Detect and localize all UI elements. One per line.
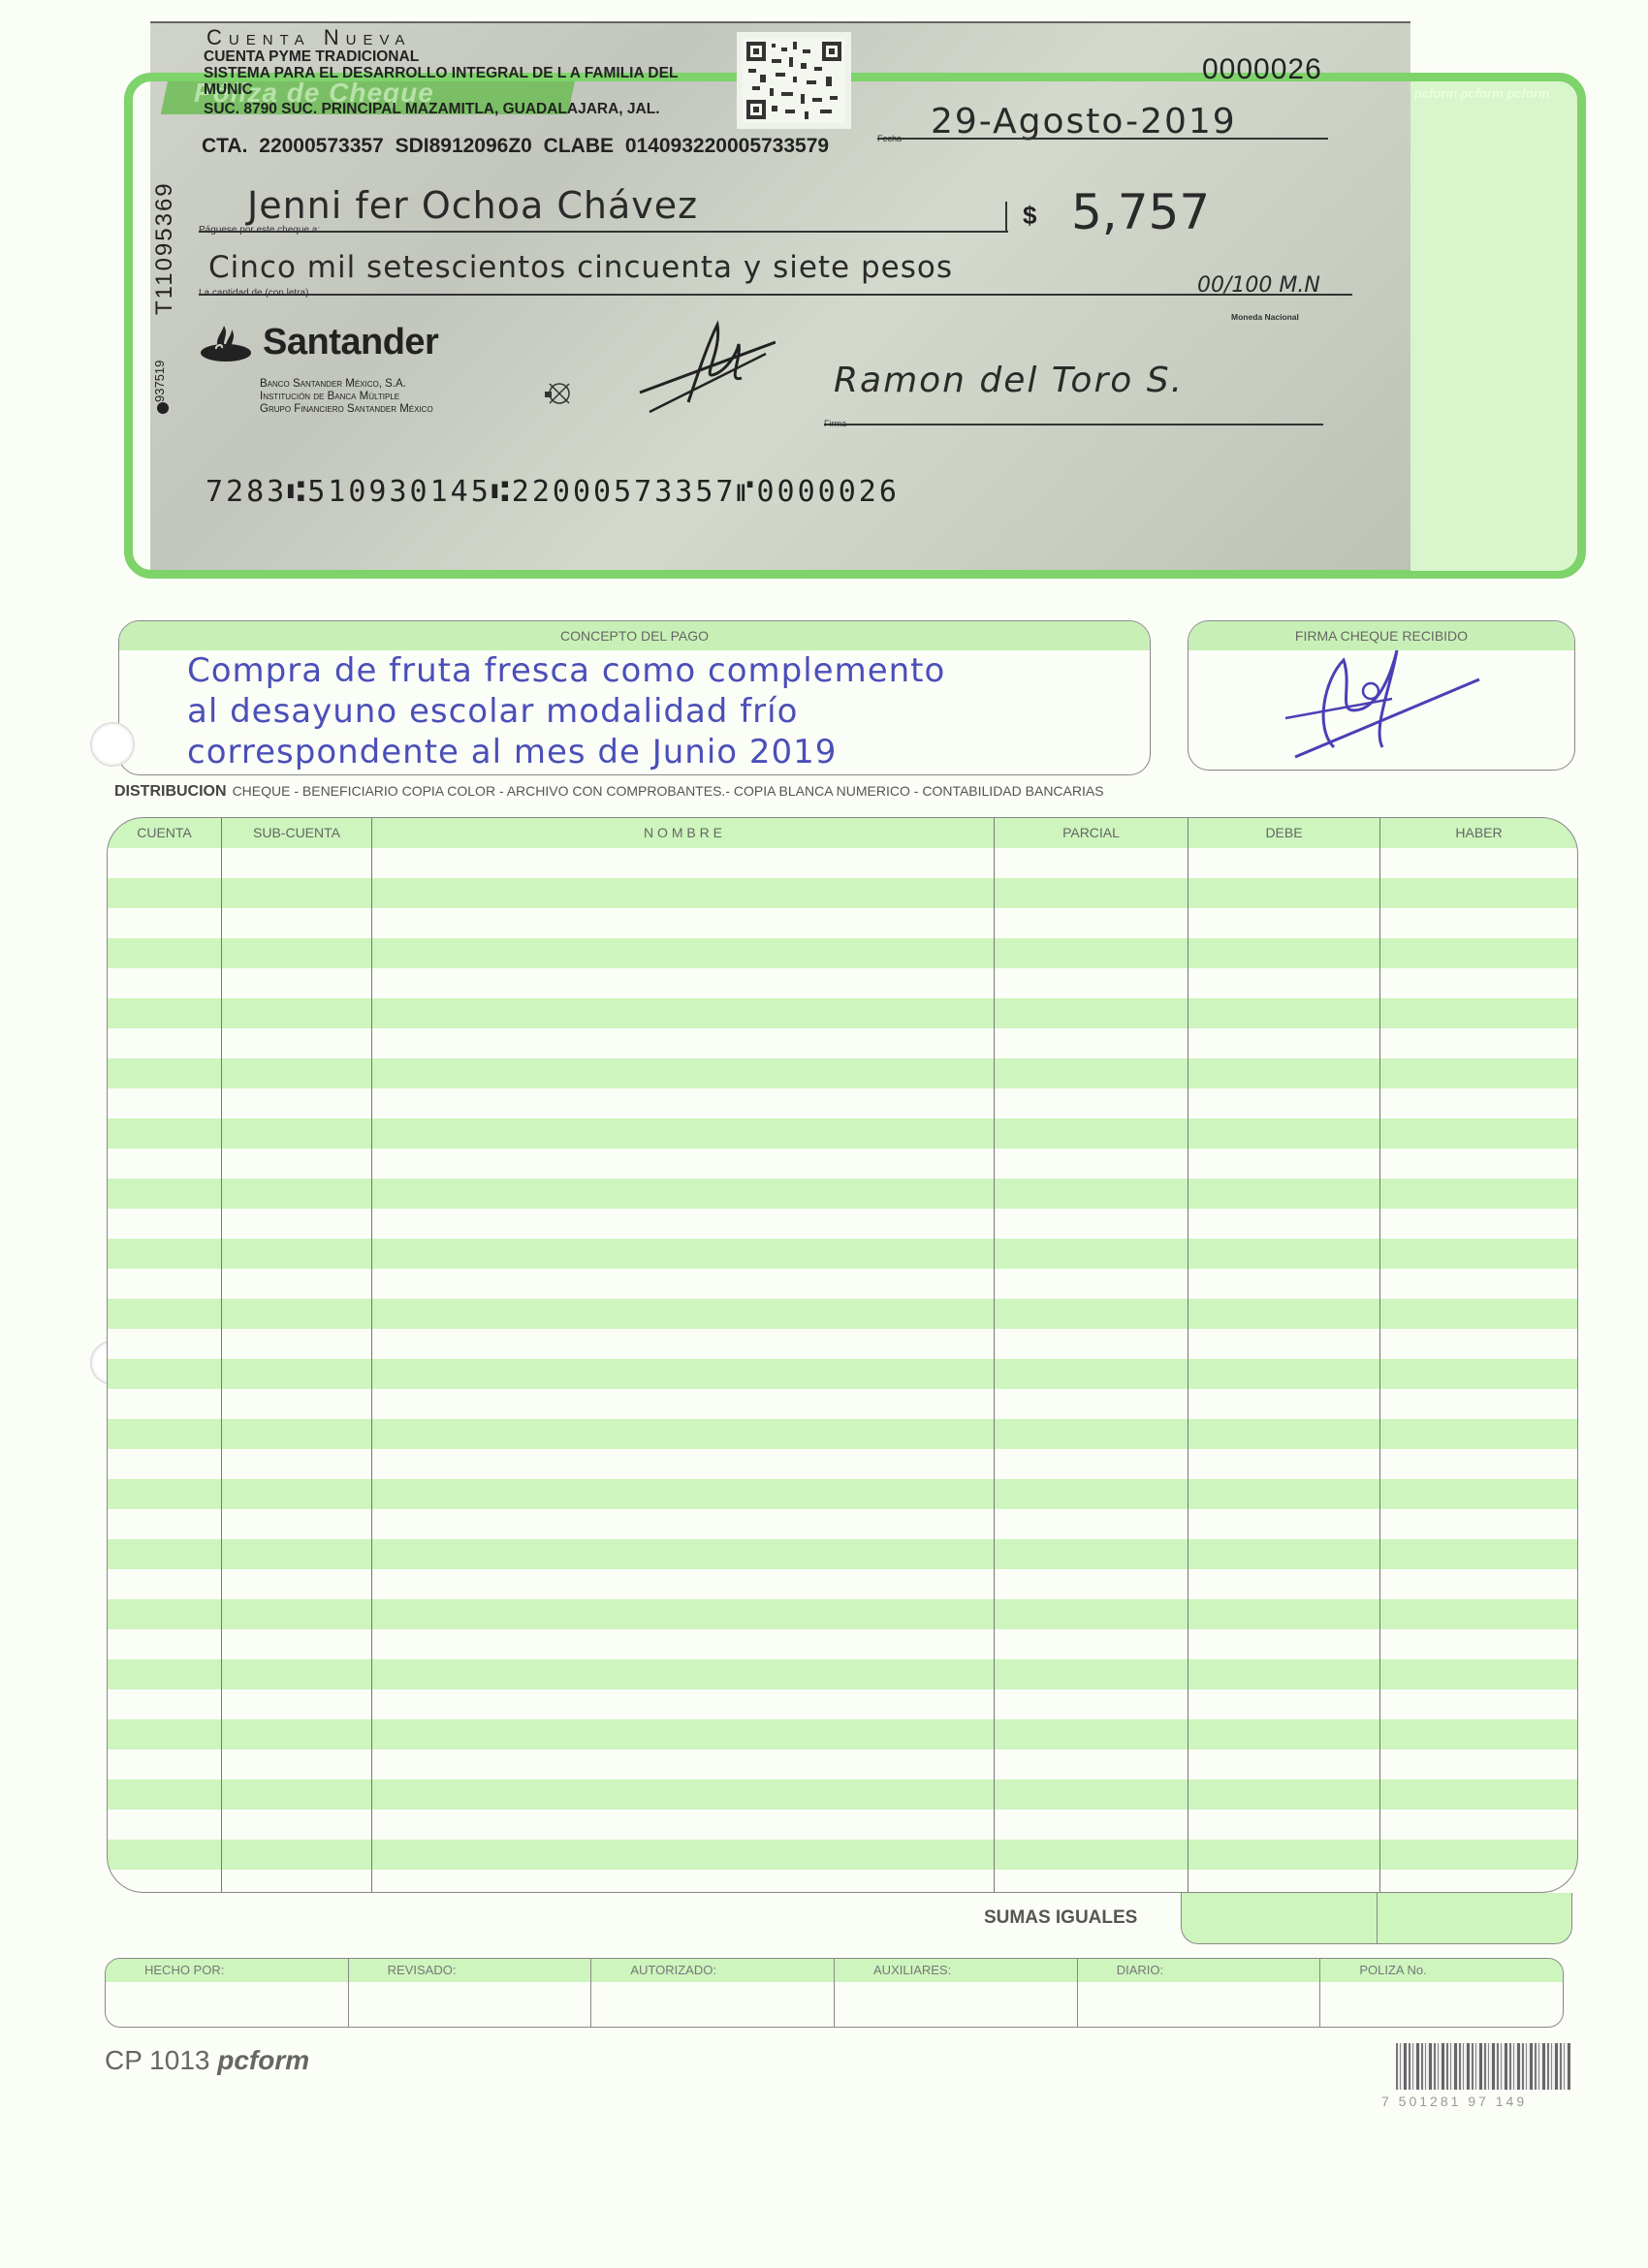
amount-words-label: La cantidad de (con letra)	[199, 288, 308, 299]
column-haber[interactable]: HABER	[1380, 818, 1577, 1892]
serial-number: T11095369	[151, 181, 178, 315]
bank-line-3: Grupo Financiero Santander México	[260, 403, 433, 416]
concepto-line: al desayuno escolar modalidad frío	[187, 691, 945, 732]
column-header: SUB-CUENTA	[222, 818, 371, 848]
distribution-text: CHEQUE - BENEFICIARIO COPIA COLOR - ARCH…	[233, 783, 1104, 799]
form-brand: pcform	[217, 2045, 309, 2075]
revisado-field[interactable]: REVISADO:	[349, 1959, 592, 2027]
column-cuenta[interactable]: CUENTA	[108, 818, 222, 1892]
concepto-line: correspondente al mes de Junio 2019	[187, 732, 945, 772]
column-header: N O M B R E	[372, 818, 994, 848]
santander-flame-icon	[199, 324, 253, 362]
firma-recibido-box: FIRMA CHEQUE RECIBIDO	[1188, 620, 1575, 771]
sumas-debe-field[interactable]	[1182, 1893, 1378, 1943]
barcode-icon	[1396, 2043, 1570, 2090]
qr-code-icon	[737, 32, 851, 129]
field-label: POLIZA No.	[1320, 1959, 1563, 1982]
amount-words-value[interactable]: Cinco mil setescientos cincuenta y siete…	[208, 250, 953, 285]
signature-label: Firma	[824, 419, 846, 428]
payee-label: Páguese por este cheque a:	[199, 225, 320, 236]
received-signature-icon	[1276, 641, 1499, 771]
column-nombre[interactable]: N O M B R E	[372, 818, 995, 1892]
initials-signature-icon	[630, 315, 776, 426]
payee-line	[199, 231, 1008, 233]
autorizado-field[interactable]: AUTORIZADO:	[591, 1959, 835, 2027]
approval-signatures: HECHO POR: REVISADO: AUTORIZADO: AUXILIA…	[105, 1958, 1564, 2028]
signature-value[interactable]: Ramon del Toro S.	[834, 361, 1184, 400]
column-sub-cuenta[interactable]: SUB-CUENTA	[222, 818, 372, 1892]
check-number: 0000026	[1202, 53, 1322, 86]
column-header: CUENTA	[108, 818, 221, 848]
ledger-table: CUENTA SUB-CUENTA N O M B R E PARCIAL DE…	[107, 817, 1578, 1893]
payee-value[interactable]: Jenni fer Ochoa Chávez	[247, 184, 698, 227]
concepto-title: CONCEPTO DEL PAGO	[119, 621, 1150, 650]
field-label: AUXILIARES:	[835, 1959, 1077, 1982]
hecho-por-field[interactable]: HECHO POR:	[106, 1959, 349, 2027]
field-label: DIARIO:	[1078, 1959, 1320, 1982]
branch-info: SUC. 8790 SUC. PRINCIPAL MAZAMITLA, GUAD…	[204, 101, 660, 118]
signature-line	[824, 424, 1323, 425]
date-value[interactable]: 29-Agosto-2019	[931, 102, 1237, 142]
concepto-line: Compra de fruta fresca como complemento	[187, 650, 945, 691]
account-type: CUENTA PYME TRADICIONAL	[204, 48, 419, 66]
bank-name: Santander	[263, 322, 438, 363]
column-header: PARCIAL	[995, 818, 1188, 848]
non-transferable-icon	[543, 380, 572, 412]
poliza-no-field[interactable]: POLIZA No.	[1320, 1959, 1563, 2027]
amount-value[interactable]: 5,757	[1071, 184, 1210, 240]
bank-legal-text: Banco Santander México, S.A. Institución…	[260, 378, 433, 416]
account-holder-line2: MUNIC	[204, 81, 253, 99]
column-header: HABER	[1380, 818, 1577, 848]
seal-dot-icon	[157, 402, 169, 414]
field-label: AUTORIZADO:	[591, 1959, 834, 1982]
punch-hole	[90, 722, 135, 767]
micr-line: 7283⑆510930145⑆22000573357⑈0000026	[206, 475, 900, 509]
diario-field[interactable]: DIARIO:	[1078, 1959, 1321, 2027]
field-label: HECHO POR:	[106, 1959, 348, 1982]
watermark-panel: pcform pcform pcform	[1410, 81, 1577, 571]
sumas-iguales-label: SUMAS IGUALES	[984, 1907, 1137, 1929]
distribution-label: DISTRIBUCION	[114, 783, 227, 800]
auxiliares-field[interactable]: AUXILIARES:	[835, 1959, 1078, 2027]
currency-symbol: $	[1023, 201, 1036, 231]
bank-logo: Santander	[199, 322, 438, 363]
sumas-haber-field[interactable]	[1378, 1893, 1572, 1943]
distribution-note: DISTRIBUCIONCHEQUE - BENEFICIARIO COPIA …	[114, 783, 1104, 801]
amount-words-line	[199, 294, 1352, 296]
serial-small: 937519	[152, 361, 167, 402]
barcode-digits: 7 501281 97 149	[1381, 2094, 1527, 2109]
account-type-title: Cuenta Nueva	[206, 25, 411, 50]
form-code: CP 1013 pcform	[105, 2045, 309, 2076]
date-line	[877, 138, 1328, 140]
account-holder-line1: SISTEMA PARA EL DESARROLLO INTEGRAL DE L…	[204, 65, 678, 82]
sumas-iguales-box	[1181, 1893, 1572, 1944]
form-code-number: CP 1013	[105, 2045, 209, 2075]
account-numbers: CTA. 22000573357 SDI8912096Z0 CLABE 0140…	[202, 135, 829, 158]
column-debe[interactable]: DEBE	[1188, 818, 1380, 1892]
column-parcial[interactable]: PARCIAL	[995, 818, 1188, 1892]
concepto-box: CONCEPTO DEL PAGO Compra de fruta fresca…	[118, 620, 1151, 775]
date-label: Fecha	[877, 134, 902, 143]
concepto-text[interactable]: Compra de fruta fresca como complemento …	[187, 650, 945, 772]
column-header: DEBE	[1188, 818, 1379, 848]
payee-corner-line	[1005, 202, 1007, 231]
watermark-text: pcform pcform pcform	[1414, 86, 1549, 101]
field-label: REVISADO:	[349, 1959, 591, 1982]
bank-line-1: Banco Santander México, S.A.	[260, 378, 433, 391]
bank-line-2: Institución de Banca Múltiple	[260, 391, 433, 403]
currency-label: Moneda Nacional	[1231, 312, 1299, 322]
